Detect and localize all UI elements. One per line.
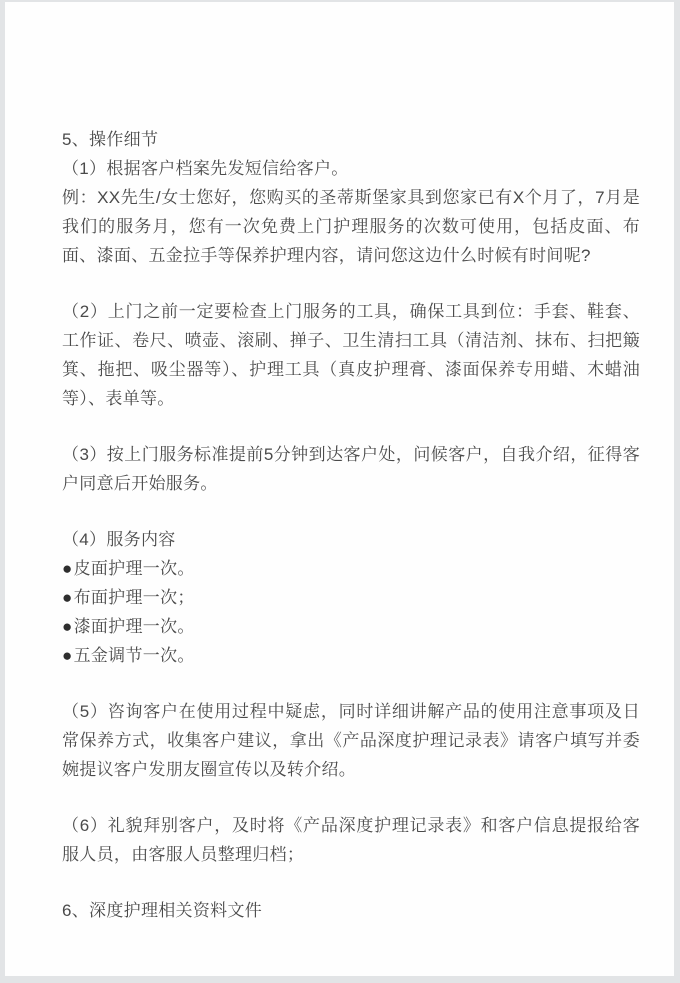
paragraph-step-6: （6）礼貌拜别客户，及时将《产品深度护理记录表》和客户信息提报给客服人员，由客服… <box>62 811 640 869</box>
paragraph-step-5: （5）咨询客户在使用过程中疑虑，同时详细讲解产品的使用注意事项及日常保养方式，收… <box>62 697 640 784</box>
section-heading-6: 6、深度护理相关资料文件 <box>62 896 640 925</box>
bullet-icon: ● <box>62 588 73 607</box>
bullet-item-paint-care: ●漆面护理一次。 <box>62 612 640 641</box>
bullet-item-label: 漆面护理一次。 <box>74 617 195 636</box>
bullet-item-label: 皮面护理一次。 <box>74 559 195 578</box>
paragraph-step-2: （2）上门之前一定要检查上门服务的工具，确保工具到位：手套、鞋套、工作证、卷尺、… <box>62 297 640 413</box>
bullet-icon: ● <box>62 646 73 665</box>
paragraph-step-3: （3）按上门服务标准提前5分钟到达客户处，问候客户，自我介绍，征得客户同意后开始… <box>62 440 640 498</box>
document-content: 5、操作细节 （1）根据客户档案先发短信给客户。 例：XX先生/女士您好，您购买… <box>5 2 674 925</box>
section-heading-5: 5、操作细节 <box>62 125 640 154</box>
paragraph-example-sms: 例：XX先生/女士您好，您购买的圣蒂斯堡家具到您家已有X个月了，7月是我们的服务… <box>62 183 640 270</box>
bullet-icon: ● <box>62 559 73 578</box>
bullet-item-fabric-care: ●布面护理一次； <box>62 583 640 612</box>
bullet-item-label: 布面护理一次； <box>74 588 195 607</box>
bullet-item-leather-care: ●皮面护理一次。 <box>62 554 640 583</box>
bullet-item-hardware-adjust: ●五金调节一次。 <box>62 641 640 670</box>
document-page: 5、操作细节 （1）根据客户档案先发短信给客户。 例：XX先生/女士您好，您购买… <box>5 2 674 976</box>
paragraph-step-1: （1）根据客户档案先发短信给客户。 <box>62 154 640 183</box>
paragraph-step-4-heading: （4）服务内容 <box>62 525 640 554</box>
bullet-icon: ● <box>62 617 73 636</box>
bullet-item-label: 五金调节一次。 <box>74 646 195 665</box>
